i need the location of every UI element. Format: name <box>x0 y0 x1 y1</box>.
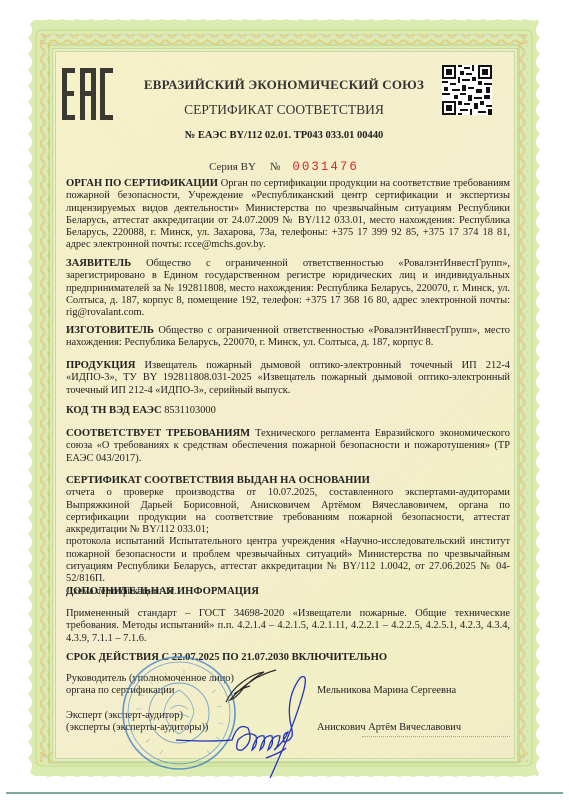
product-section: ПРОДУКЦИЯ Извещатель пожарный дымовой оп… <box>66 360 510 397</box>
series-label: Серия BY <box>209 161 256 173</box>
additional-info-label: ДОПОЛНИТЕЛЬНАЯ ИНФОРМАЦИЯ <box>66 586 259 597</box>
hs-code-section: КОД ТН ВЭД ЕАЭС 8531103000 <box>66 405 510 417</box>
number-sign: № <box>270 161 281 173</box>
certificate: ЕВРАЗИЙСКИЙ ЭКОНОМИЧЕСКИЙ СОЮЗ СЕРТИФИКА… <box>22 14 546 782</box>
manufacturer-section: ИЗГОТОВИТЕЛЬ Общество с ограниченной отв… <box>66 325 510 350</box>
applicant-text: Общество с ограниченной ответственностью… <box>66 258 510 318</box>
blank-series: Серия BY№0031476 <box>22 160 546 174</box>
expert-signature-icon <box>172 670 322 780</box>
basis-section: СЕРТИФИКАТ СООТВЕТСТВИЯ ВЫДАН НА ОСНОВАН… <box>66 475 510 598</box>
union-title: ЕВРАЗИЙСКИЙ ЭКОНОМИЧЕСКИЙ СОЮЗ <box>22 77 546 93</box>
basis-label: СЕРТИФИКАТ СООТВЕТСТВИЯ ВЫДАН НА ОСНОВАН… <box>66 475 370 486</box>
blank-number: 0031476 <box>292 160 359 174</box>
applicant-section: ЗАЯВИТЕЛЬ Общество с ограниченной ответс… <box>66 258 510 319</box>
certificate-number: № ЕАЭС BY/112 02.01. ТР043 033.01 00440 <box>22 130 546 141</box>
document-title: СЕРТИФИКАТ СООТВЕТСТВИЯ <box>22 102 546 118</box>
additional-info-section: Примененный стандарт – ГОСТ 34698-2020 «… <box>66 608 510 645</box>
manufacturer-label: ИЗГОТОВИТЕЛЬ <box>66 325 154 336</box>
conforms-label: СООТВЕТСТВУЕТ ТРЕБОВАНИЯМ <box>66 428 250 439</box>
conforms-section: СООТВЕТСТВУЕТ ТРЕБОВАНИЯМ Технического р… <box>66 428 510 465</box>
basis-production-report: отчета о проверке производства от 10.07.… <box>66 487 510 536</box>
head-name: Мельникова Марина Сергеевна <box>317 685 456 696</box>
additional-info-text: Примененный стандарт – ГОСТ 34698-2020 «… <box>66 608 510 644</box>
printer-imprint <box>362 736 510 739</box>
additional-info-label-row: ДОПОЛНИТЕЛЬНАЯ ИНФОРМАЦИЯ <box>66 586 510 598</box>
expert-name: Анискович Артём Вячеславович <box>317 722 461 733</box>
basis-test-protocol: протокола испытаний Испытательного центр… <box>66 536 510 585</box>
page-bottom-rule <box>6 792 563 794</box>
certification-body-section: ОРГАН ПО СЕРТИФИКАЦИИ Орган по сертифика… <box>66 178 510 252</box>
certification-body-label: ОРГАН ПО СЕРТИФИКАЦИИ <box>66 178 218 189</box>
hs-code-label: КОД ТН ВЭД ЕАЭС <box>66 405 162 416</box>
hs-code-value: 8531103000 <box>164 405 216 416</box>
product-label: ПРОДУКЦИЯ <box>66 360 135 371</box>
applicant-label: ЗАЯВИТЕЛЬ <box>66 258 131 269</box>
